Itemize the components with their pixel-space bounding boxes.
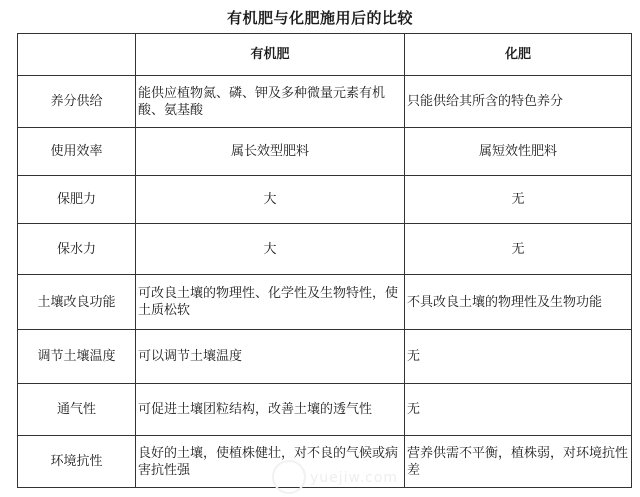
- row-label: 使用效率: [18, 128, 136, 176]
- chemical-cell: 只能供给其所含的特色养分: [405, 76, 632, 128]
- chemical-cell: 无: [405, 176, 632, 224]
- organic-cell: 大: [136, 176, 405, 224]
- table-row: 通气性 可促进土壤团粒结构，改善土壤的透气性 无: [18, 384, 632, 436]
- row-label: 养分供给: [18, 76, 136, 128]
- header-organic: 有机肥: [136, 34, 405, 76]
- comparison-table: 有机肥 化肥 养分供给 能供应植物氮、磷、钾及多种微量元素有机酸、氨基酸 只能供…: [17, 33, 632, 488]
- chemical-cell: 不具改良土壤的物理性及生物功能: [405, 275, 632, 330]
- table-row: 调节土壤温度 可以调节土壤温度 无: [18, 330, 632, 384]
- row-label: 保水力: [18, 224, 136, 275]
- organic-cell: 能供应植物氮、磷、钾及多种微量元素有机酸、氨基酸: [136, 76, 405, 128]
- table-row: 保肥力 大 无: [18, 176, 632, 224]
- row-label: 调节土壤温度: [18, 330, 136, 384]
- table-header-row: 有机肥 化肥: [18, 34, 632, 76]
- watermark-logo-icon: [272, 460, 306, 494]
- page-title: 有机肥与化肥施用后的比较: [0, 7, 640, 28]
- organic-cell: 可改良土壤的物理性、化学性及生物特性，使土质松软: [136, 275, 405, 330]
- organic-cell: 大: [136, 224, 405, 275]
- header-chemical: 化肥: [405, 34, 632, 76]
- table-row: 养分供给 能供应植物氮、磷、钾及多种微量元素有机酸、氨基酸 只能供给其所含的特色…: [18, 76, 632, 128]
- row-label: 保肥力: [18, 176, 136, 224]
- chemical-cell: 无: [405, 224, 632, 275]
- chemical-cell: 营养供需不平衡，植株弱，对环境抗性差: [405, 436, 632, 488]
- watermark-text: yuejiw.com: [310, 470, 398, 486]
- table-row: 土壤改良功能 可改良土壤的物理性、化学性及生物特性，使土质松软 不具改良土壤的物…: [18, 275, 632, 330]
- table-row: 保水力 大 无: [18, 224, 632, 275]
- chemical-cell: 无: [405, 330, 632, 384]
- header-empty-cell: [18, 34, 136, 76]
- organic-cell: 可以调节土壤温度: [136, 330, 405, 384]
- row-label: 环境抗性: [18, 436, 136, 488]
- table-row: 使用效率 属长效型肥料 属短效性肥料: [18, 128, 632, 176]
- chemical-cell: 属短效性肥料: [405, 128, 632, 176]
- organic-cell: 属长效型肥料: [136, 128, 405, 176]
- row-label: 土壤改良功能: [18, 275, 136, 330]
- row-label: 通气性: [18, 384, 136, 436]
- chemical-cell: 无: [405, 384, 632, 436]
- organic-cell: 可促进土壤团粒结构，改善土壤的透气性: [136, 384, 405, 436]
